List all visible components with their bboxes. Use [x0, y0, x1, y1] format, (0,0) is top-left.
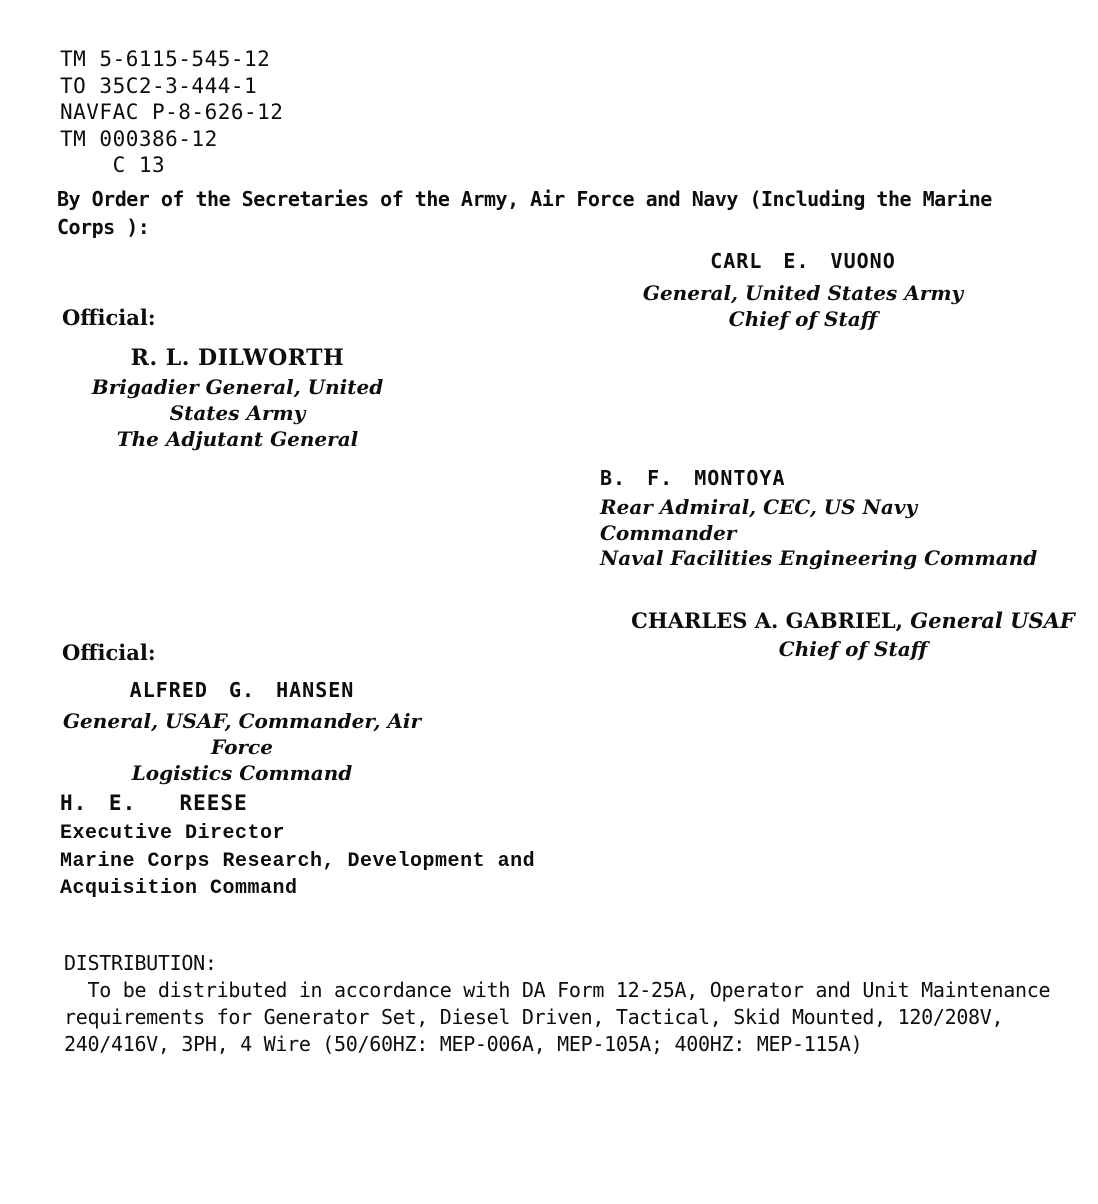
signature-title: Chief of Staff [608, 636, 1098, 662]
signature-title: Brigadier General, United States Army [55, 374, 420, 426]
signature-title: General, USAF, Commander, Air Force [52, 708, 432, 760]
signature-title: The Adjutant General [55, 426, 420, 452]
signature-name: ALFRED G. HANSEN [52, 678, 432, 702]
distribution-block: DISTRIBUTION: To be distributed in accor… [64, 950, 1050, 1058]
signature-title: Rear Admiral, CEC, US Navy [600, 495, 1037, 521]
distribution-label: DISTRIBUTION: [64, 950, 1050, 977]
signature-name: CARL E. VUONO [598, 249, 1008, 273]
signature-block-hansen: ALFRED G. HANSEN General, USAF, Commande… [52, 678, 432, 786]
signature-title: Naval Facilities Engineering Command [600, 546, 1037, 572]
publication-id-block: TM 5-6115-545-12 TO 35C2-3-444-1 NAVFAC … [60, 46, 283, 179]
signature-block-dilworth: R. L. DILWORTH Brigadier General, United… [55, 345, 420, 452]
official-label-2: Official: [62, 640, 156, 665]
signature-block-montoya: B. F. MONTOYA Rear Admiral, CEC, US Navy… [600, 466, 1037, 572]
signature-name: B. F. MONTOYA [600, 466, 1037, 490]
document-page: TM 5-6115-545-12 TO 35C2-3-444-1 NAVFAC … [0, 0, 1098, 1204]
signature-name: H. E. REESE [60, 791, 535, 815]
official-label-1: Official: [62, 305, 156, 330]
signature-block-reese: H. E. REESE Executive Director Marine Co… [60, 791, 535, 903]
signature-name: R. L. DILWORTH [55, 345, 420, 371]
distribution-text: To be distributed in accordance with DA … [64, 977, 1050, 1058]
signature-title: Chief of Staff [598, 306, 1008, 332]
signature-title: Marine Corps Research, Development and [60, 848, 535, 876]
signature-title: General, United States Army [598, 280, 1008, 306]
signature-title: Commander [600, 521, 1037, 547]
signature-name-line: CHARLES A. GABRIEL, General USAF [608, 608, 1098, 633]
signature-title: Acquisition Command [60, 875, 535, 903]
signature-title: Executive Director [60, 820, 535, 848]
signature-block-vuono: CARL E. VUONO General, United States Arm… [598, 249, 1008, 332]
signature-name: CHARLES A. GABRIEL, [631, 608, 903, 633]
by-order-statement: By Order of the Secretaries of the Army,… [57, 185, 992, 241]
signature-title: Logistics Command [52, 760, 432, 786]
signature-rank: General USAF [910, 608, 1075, 633]
signature-block-gabriel: CHARLES A. GABRIEL, General USAF Chief o… [608, 608, 1098, 662]
